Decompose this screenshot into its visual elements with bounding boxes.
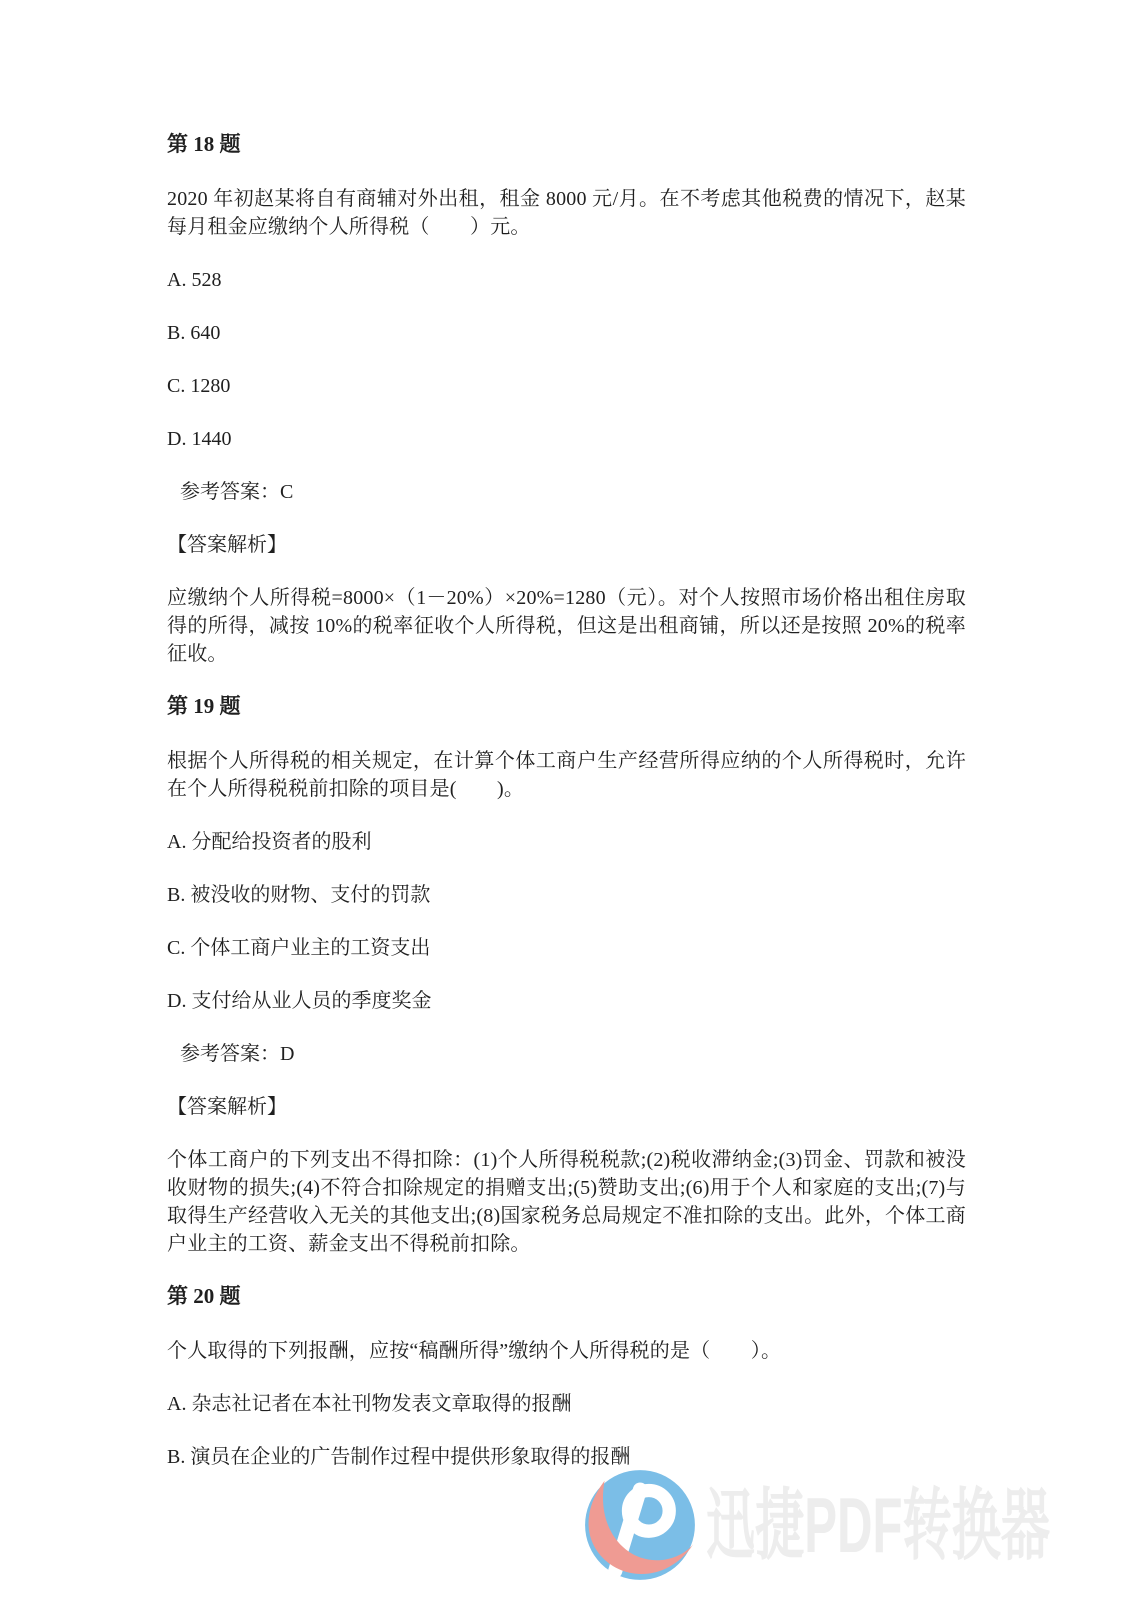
question-19-option-b: B. 被没收的财物、支付的罚款 bbox=[167, 881, 966, 909]
question-20: 第 20 题 个人取得的下列报酬，应按“稿酬所得”缴纳个人所得税的是（ ）。 A… bbox=[167, 1283, 966, 1471]
question-18-analysis-text: 应缴纳个人所得税=8000×（1－20%）×20%=1280（元）。对个人按照市… bbox=[167, 584, 966, 668]
question-18: 第 18 题 2020 年初赵某将自有商辅对外出租，租金 8000 元/月。在不… bbox=[167, 131, 966, 668]
question-18-body: 2020 年初赵某将自有商辅对外出租，租金 8000 元/月。在不考虑其他税费的… bbox=[167, 185, 966, 241]
question-19-number: 第 19 题 bbox=[167, 693, 966, 719]
question-18-option-c: C. 1280 bbox=[167, 372, 966, 400]
question-18-option-d: D. 1440 bbox=[167, 425, 966, 453]
question-19-option-d: D. 支付给从业人员的季度奖金 bbox=[167, 987, 966, 1015]
question-18-reference-answer: 参考答案：C bbox=[167, 478, 966, 506]
question-20-option-a: A. 杂志社记者在本社刊物发表文章取得的报酬 bbox=[167, 1390, 966, 1418]
question-19-option-a: A. 分配给投资者的股利 bbox=[167, 828, 966, 856]
question-20-body: 个人取得的下列报酬，应按“稿酬所得”缴纳个人所得税的是（ ）。 bbox=[167, 1337, 966, 1365]
question-19-body: 根据个人所得税的相关规定，在计算个体工商户生产经营所得应纳的个人所得税时，允许在… bbox=[167, 747, 966, 803]
question-18-analysis-heading: 【答案解析】 bbox=[167, 531, 966, 559]
question-20-number: 第 20 题 bbox=[167, 1283, 966, 1309]
question-19-reference-answer: 参考答案：D bbox=[167, 1040, 966, 1068]
question-19-analysis-heading: 【答案解析】 bbox=[167, 1093, 966, 1121]
question-19-option-c: C. 个体工商户业主的工资支出 bbox=[167, 934, 966, 962]
question-18-option-a: A. 528 bbox=[167, 266, 966, 294]
document-page: 第 18 题 2020 年初赵某将自有商辅对外出租，租金 8000 元/月。在不… bbox=[167, 131, 966, 1496]
question-19: 第 19 题 根据个人所得税的相关规定，在计算个体工商户生产经营所得应纳的个人所… bbox=[167, 693, 966, 1258]
question-20-option-b: B. 演员在企业的广告制作过程中提供形象取得的报酬 bbox=[167, 1443, 966, 1471]
watermark-text: 迅捷PDF转换器 bbox=[706, 1486, 1050, 1564]
question-19-analysis-text: 个体工商户的下列支出不得扣除：(1)个人所得税税款;(2)税收滞纳金;(3)罚金… bbox=[167, 1146, 966, 1258]
question-18-number: 第 18 题 bbox=[167, 131, 966, 157]
question-18-option-b: B. 640 bbox=[167, 319, 966, 347]
